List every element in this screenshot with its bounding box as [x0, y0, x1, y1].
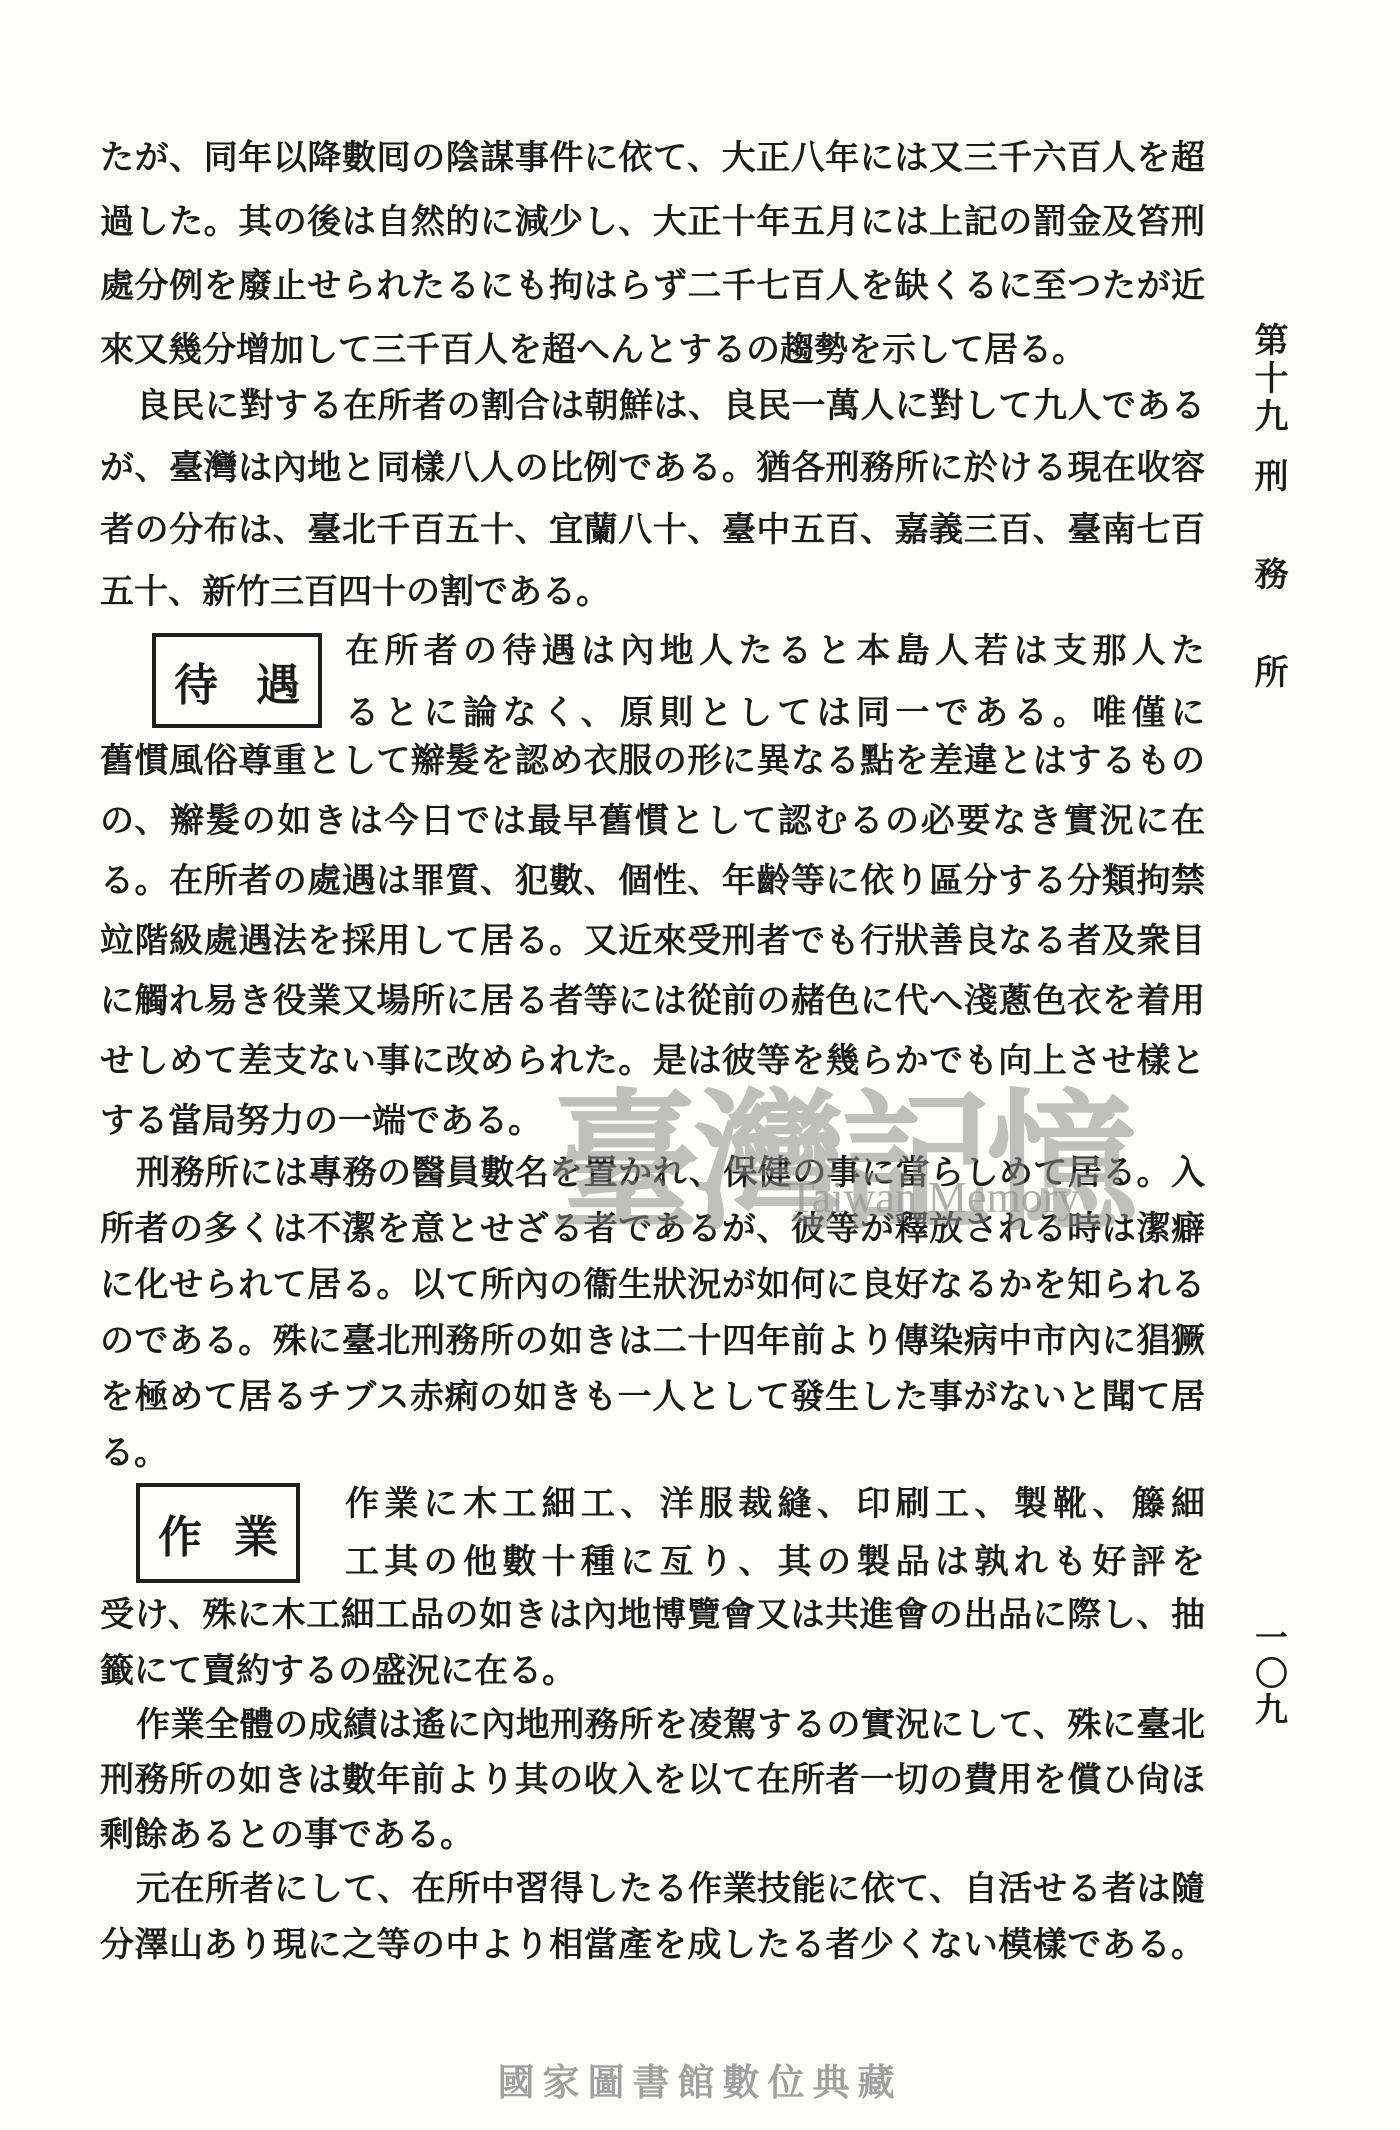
text-line: 來又幾分增加して三千百人を超へんとするの趨勢を示して居る。 [100, 319, 1205, 383]
margin-chapter-label: 第十九 [1243, 322, 1292, 436]
text-line: 在所者の待遇は內地人たると本島人若は支那人た [345, 621, 1205, 683]
text-line: たが、同年以降數囘の陰謀事件に依て、大正八年には又三千六百人を超 [100, 127, 1205, 191]
text-line: 分澤山あり現に之等の中より相當產を成したる者少くない模樣である。 [100, 1918, 1205, 1974]
text-line: 受け、殊に木工細工品の如きは內地博覽會又は共進會の出品に際し、抽 [100, 1588, 1205, 1644]
text-line: 舊慣風俗尊重として辮髮を認め衣服の形に異なる點を差違とはするもの [100, 732, 1205, 792]
text-line: 刑務所の如きは數年前より其の收入を以て在所者一切の費用を償ひ尙ほ [100, 1753, 1205, 1808]
text-line: 良民に對する在所者の割合は朝鮮は、良民一萬人に對して九人である [100, 376, 1205, 438]
text-line: に觸れ易き役業又場所に居る者等には從前の赭色に代へ淺蔥色衣を着用 [100, 972, 1205, 1032]
text-line: 工其の他數十種に亙り、其の製品は孰れも好評を [345, 1534, 1205, 1592]
text-line: に化せられて居る。以て所內の衞生狀況が如何に良好なるかを知られる [100, 1258, 1205, 1314]
watermark-latin: Taiwan Memory [788, 1172, 1079, 1223]
watermark-cjk: 臺灣記憶 [548, 1042, 1132, 1260]
scanned-book-page: たが、同年以降數囘の陰謀事件に依て、大正八年には又三千六百人を超 過した。其の後… [0, 0, 1400, 2130]
text-line: 竝階級處遇法を採用して居る。又近來受刑者でも行狀善良なる者及衆目 [100, 912, 1205, 972]
heading-char: 遇 [256, 649, 300, 713]
heading-char: 待 [174, 649, 218, 713]
paragraph-1: たが、同年以降數囘の陰謀事件に依て、大正八年には又三千六百人を超 過した。其の後… [100, 127, 1205, 383]
margin-section-label: 刑務所 [1243, 458, 1292, 752]
text-line: 剩餘あるとの事である。 [100, 1808, 1205, 1863]
section-heading-box-taigu: 待 遇 [152, 633, 322, 728]
text-line: を極めて居るチブス赤痢の如きも一人として發生した事がないと聞て居 [100, 1370, 1205, 1426]
text-line: 過した。其の後は自然的に減少し、大正十年五月には上記の罰金及笞刑 [100, 191, 1205, 255]
taigu-intro-lines: 在所者の待遇は內地人たると本島人若は支那人た るとに論なく、原則としては同一であ… [345, 621, 1205, 745]
section-heading-box-sagyo: 作 業 [136, 1483, 300, 1583]
text-line: 作業に木工細工、洋服裁縫、印刷工、製靴、籐細 [345, 1476, 1205, 1534]
footer-label: 國家圖書館數位典藏 [498, 2052, 903, 2106]
paragraph-5: 元在所者にして、在所中習得したる作業技能に依て、自活せる者は隨 分澤山あり現に之… [100, 1862, 1205, 1974]
text-line: る。 [100, 1426, 1205, 1482]
paragraph-4: 作業全體の成績は遙に內地刑務所を凌駕するの實況にして、殊に臺北 刑務所の如きは數… [100, 1698, 1205, 1863]
text-line: の、辮髮の如きは今日では最早舊慣として認むるの必要なき實況に在 [100, 792, 1205, 852]
text-line: 者の分布は、臺北千百五十、宜蘭八十、臺中五百、嘉義三百、臺南七百 [100, 500, 1205, 562]
sagyo-section-body: 受け、殊に木工細工品の如きは內地博覽會又は共進會の出品に際し、抽 籤にて賣約する… [100, 1588, 1205, 1700]
heading-char: 作 [158, 1501, 202, 1565]
text-line: 處分例を廢止せられたるにも拘はらず二千七百人を缺くるに至つたが近 [100, 255, 1205, 319]
text-line: る。在所者の處遇は罪質、犯數、個性、年齡等に依り區分する分類拘禁 [100, 852, 1205, 912]
paragraph-2: 良民に對する在所者の割合は朝鮮は、良民一萬人に對して九人である が、臺灣は內地と… [100, 376, 1205, 624]
page-number: 一〇九 [1245, 1620, 1292, 1728]
text-line: が、臺灣は內地と同樣八人の比例である。猶各刑務所に於ける現在收容 [100, 438, 1205, 500]
sagyo-intro-lines: 作業に木工細工、洋服裁縫、印刷工、製靴、籐細 工其の他數十種に亙り、其の製品は孰… [345, 1476, 1205, 1592]
text-line: 籤にて賣約するの盛況に在る。 [100, 1644, 1205, 1700]
heading-char: 業 [234, 1501, 278, 1565]
text-line: 五十、新竹三百四十の割である。 [100, 562, 1205, 624]
text-line: 作業全體の成績は遙に內地刑務所を凌駕するの實況にして、殊に臺北 [100, 1698, 1205, 1753]
text-line: 元在所者にして、在所中習得したる作業技能に依て、自活せる者は隨 [100, 1862, 1205, 1918]
text-line: のである。殊に臺北刑務所の如きは二十四年前より傳染病中市內に猖獗 [100, 1314, 1205, 1370]
